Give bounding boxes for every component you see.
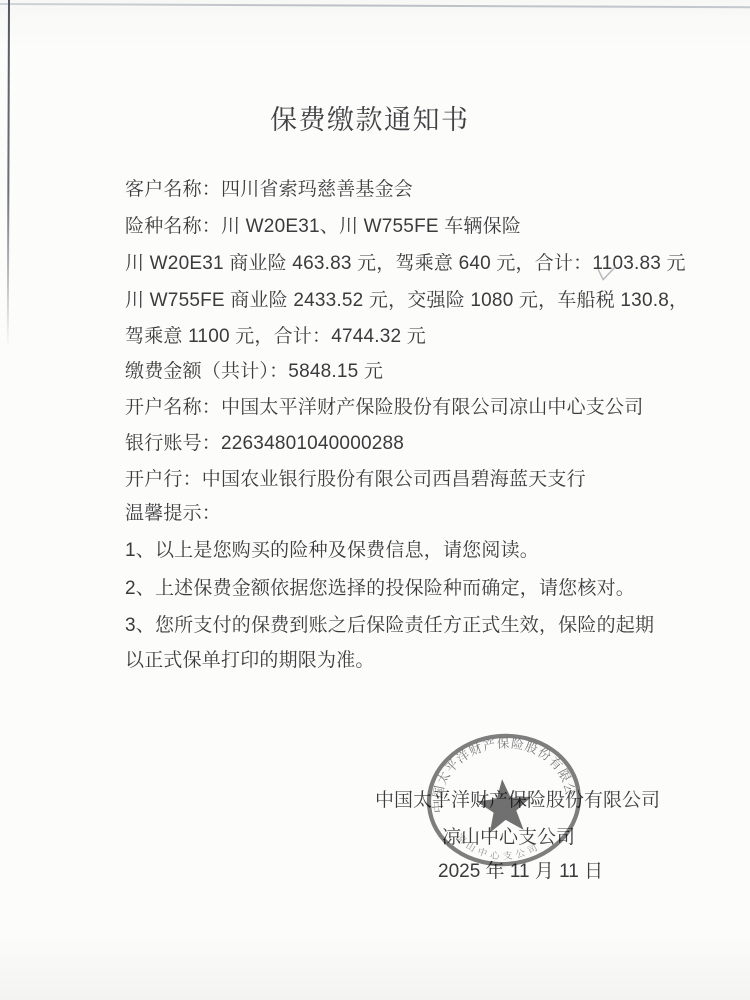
doc-line-payee-name: 开户名称：中国太平洋财产保险股份有限公司凉山中心支公司 <box>125 396 643 420</box>
doc-line-bank-account: 银行账号：22634801040000288 <box>125 432 404 456</box>
seal-star-icon <box>475 777 535 834</box>
doc-line-vehicle2-premium-cont: 驾乘意 1100 元，合计：4744.32 元 <box>125 325 426 349</box>
doc-line-vehicle2-premium: 川 W755FE 商业险 2433.52 元，交强险 1080 元，车船税 13… <box>125 289 688 313</box>
doc-line-tip-1: 1、以上是您购买的险种及保费信息，请您阅读。 <box>125 539 539 563</box>
document-title-text: 保费缴款通知书 <box>270 105 470 135</box>
doc-line-insurance-type: 险种名称：川 W20E31、川 W755FE 车辆保险 <box>125 215 521 239</box>
doc-line-bank-branch: 开户行：中国农业银行股份有限公司西昌碧海蓝天支行 <box>125 468 586 492</box>
doc-line-total-amount: 缴费金额（共计）：5848.15 元 <box>125 360 383 384</box>
scan-top-edge <box>0 3 750 8</box>
company-seal: 中国太平洋财产保险股份有限公司 凉山中心支公司 <box>416 723 592 879</box>
document-title: 保费缴款通知书 <box>270 98 470 137</box>
handwritten-checkmark-icon <box>595 263 617 285</box>
doc-line-tip-2: 2、上述保费金额依据您选择的投保险种而确定，请您核对。 <box>125 577 635 601</box>
doc-line-tip-3-cont: 以正式保单打印的期限为准。 <box>125 649 375 673</box>
doc-line-tip-3: 3、您所支付的保费到账之后保险责任方正式生效，保险的起期 <box>125 614 654 638</box>
scan-left-edge <box>7 0 10 348</box>
scanned-document-page: 保费缴款通知书 客户名称：四川省索玛慈善基金会 险种名称：川 W20E31、川 … <box>0 0 750 1000</box>
doc-line-customer-name: 客户名称：四川省索玛慈善基金会 <box>125 178 413 202</box>
doc-line-tips-title: 温馨提示： <box>125 502 221 526</box>
